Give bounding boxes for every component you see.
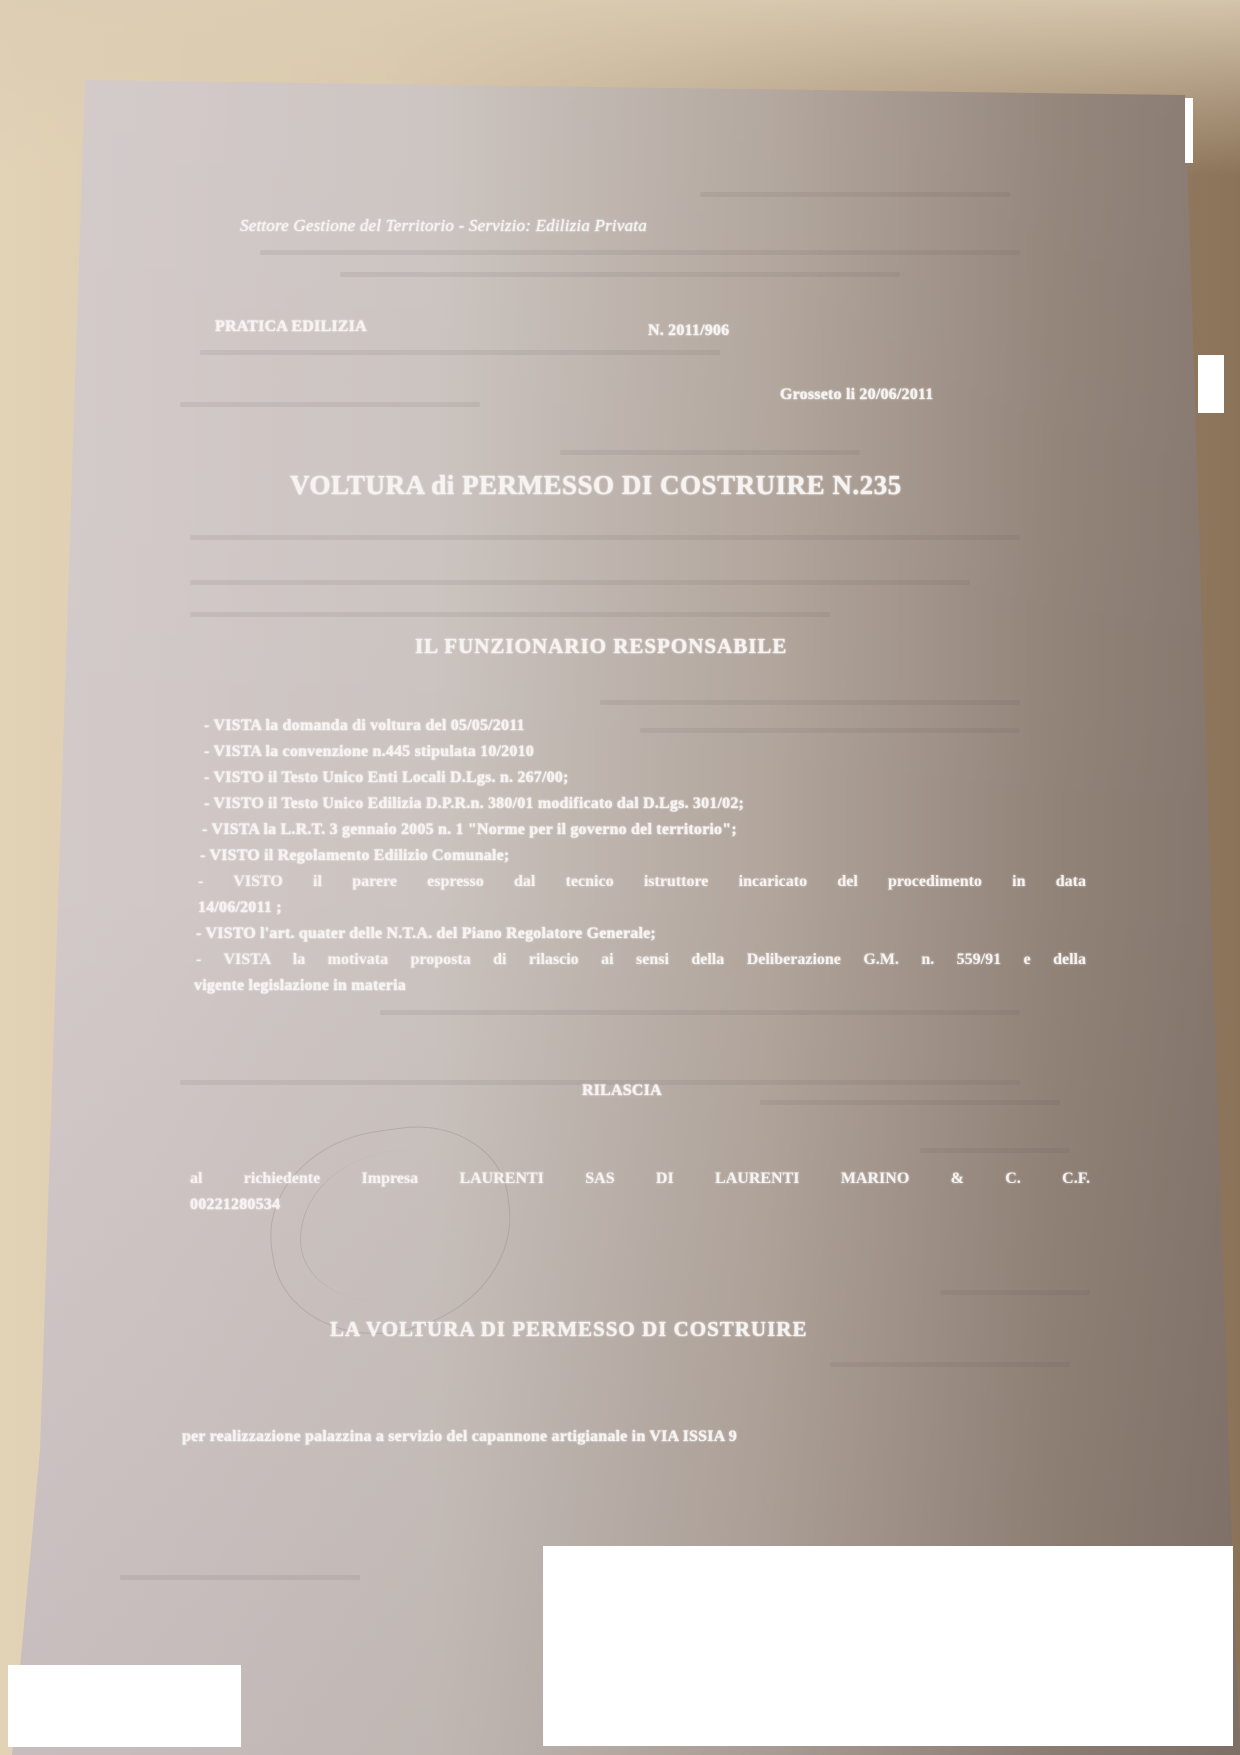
consideration-item: - VISTA la L.R.T. 3 gennaio 2005 n. 1 "N… <box>202 821 737 839</box>
consideration-item: - VISTO il Testo Unico Edilizia D.P.R.n.… <box>204 795 744 813</box>
consideration-proposta-cont: vigente legislazione in materia <box>194 977 406 995</box>
consideration-item: - VISTO il Regolamento Edilizio Comunale… <box>200 847 509 865</box>
consideration-parere: - VISTO il parere espresso dal tecnico i… <box>198 873 1086 891</box>
consideration-item: - VISTA la domanda di voltura del 05/05/… <box>204 717 525 735</box>
redaction-box <box>1198 355 1224 413</box>
consideration-item: - VISTA la convenzione n.445 stipulata 1… <box>204 743 534 761</box>
consideration-parere-date: 14/06/2011 ; <box>198 899 282 917</box>
consideration-nta: - VISTO l'art. quater delle N.T.A. del P… <box>196 925 656 943</box>
authority-heading: IL FUNZIONARIO RESPONSABILE <box>415 634 787 659</box>
department-header: Settore Gestione del Territorio - Serviz… <box>240 216 647 236</box>
consideration-item: - VISTO il Testo Unico Enti Locali D.Lgs… <box>204 769 569 787</box>
recipient-line: al richiedente Impresa LAURENTI SAS DI L… <box>190 1170 1090 1188</box>
redaction-box <box>1185 98 1193 163</box>
pratica-label: PRATICA EDILIZIA <box>215 318 367 336</box>
purpose-line: per realizzazione palazzina a servizio d… <box>182 1428 737 1446</box>
document-title: VOLTURA di PERMESSO DI COSTRUIRE N.235 <box>290 470 902 501</box>
redaction-box <box>543 1546 1233 1746</box>
redaction-box <box>8 1665 241 1747</box>
place-date: Grosseto li 20/06/2011 <box>780 386 933 404</box>
action-rilascia: RILASCIA <box>582 1082 662 1100</box>
pratica-number: N. 2011/906 <box>648 322 729 340</box>
consideration-proposta: - VISTA la motivata proposta di rilascio… <box>196 951 1086 969</box>
recipient-tax-code: 00221280534 <box>190 1196 280 1214</box>
grant-heading: LA VOLTURA DI PERMESSO DI COSTRUIRE <box>330 1317 807 1342</box>
